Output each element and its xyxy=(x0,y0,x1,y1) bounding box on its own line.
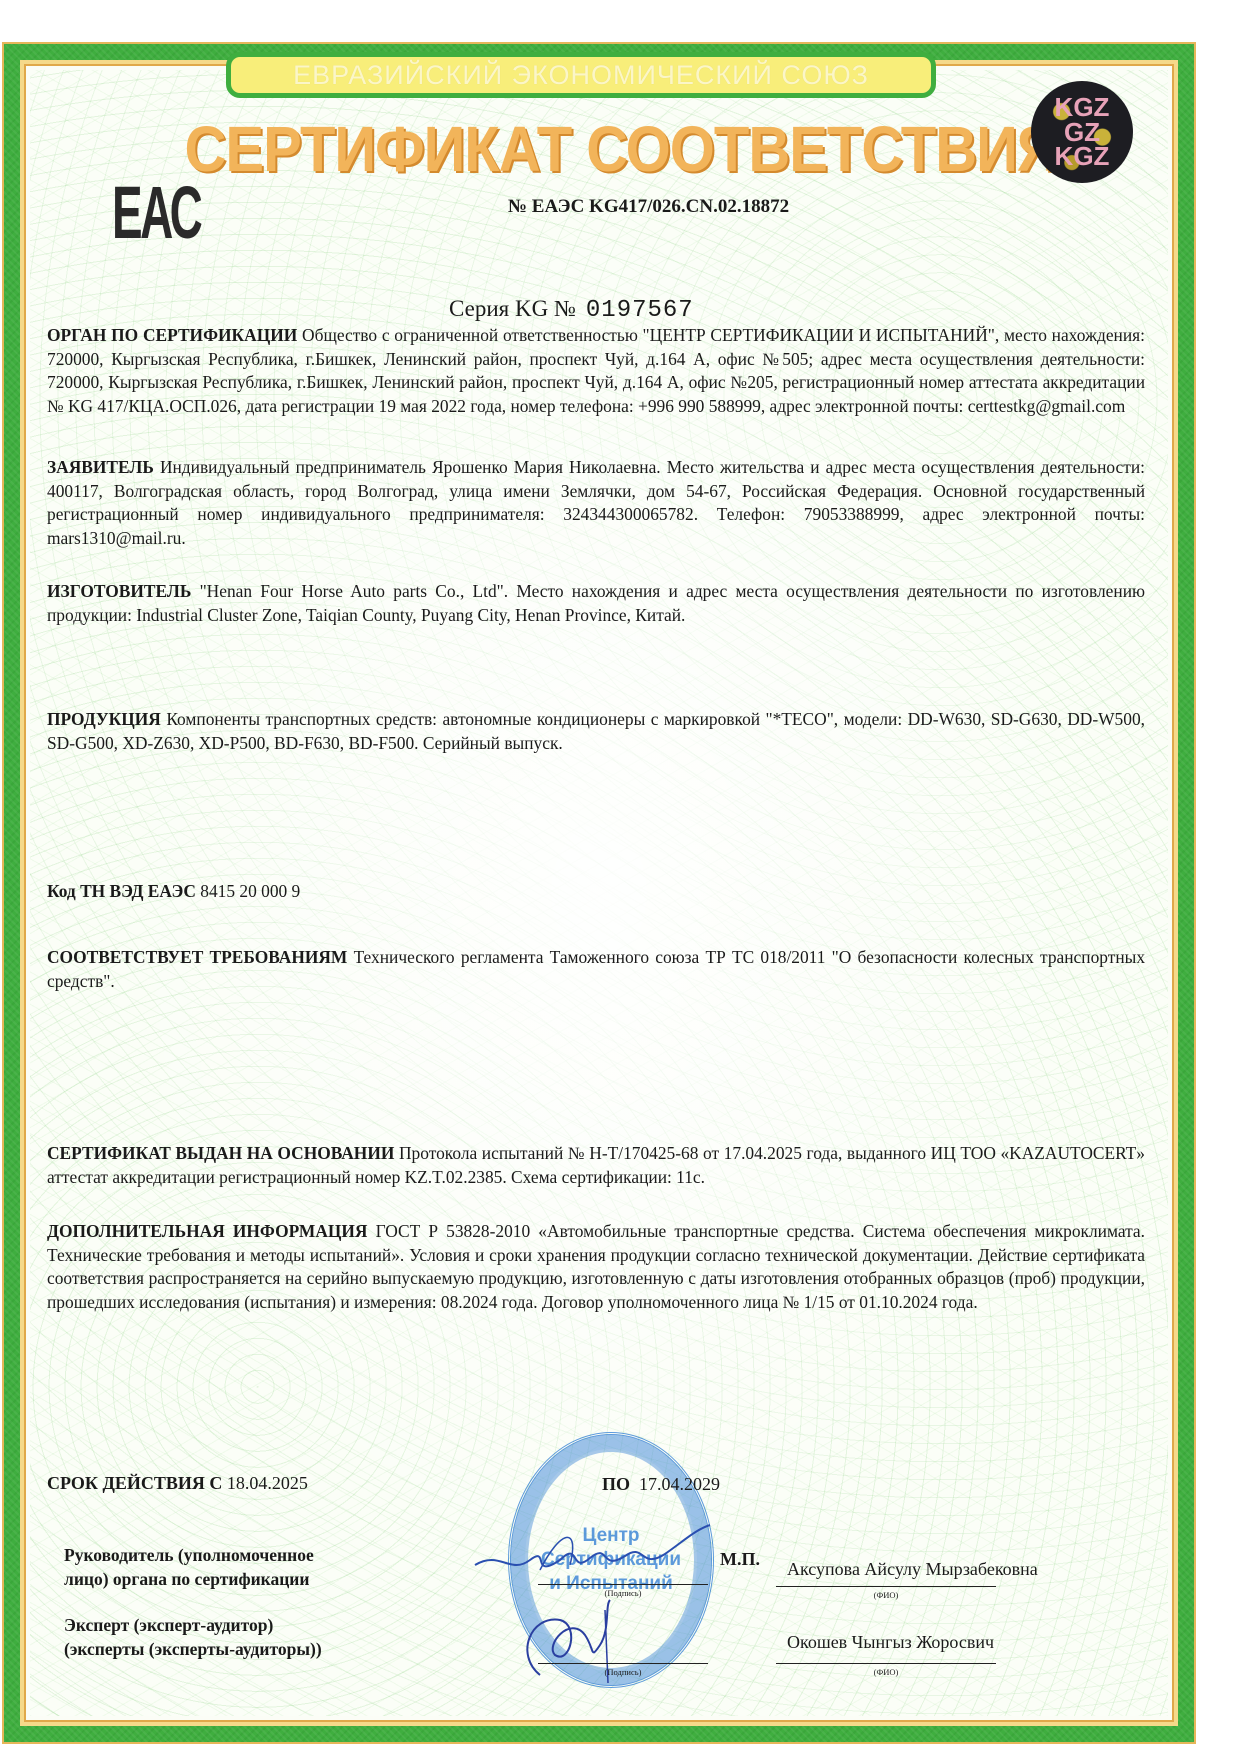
section-conformity: СООТВЕТСТВУЕТ ТРЕБОВАНИЯМ Технического р… xyxy=(47,946,1145,993)
signature-caption: (Подпись) xyxy=(538,1667,708,1677)
hologram-text: KGZ xyxy=(1055,144,1110,169)
section-label: СЕРТИФИКАТ ВЫДАН НА ОСНОВАНИИ xyxy=(47,1143,394,1163)
section-basis: СЕРТИФИКАТ ВЫДАН НА ОСНОВАНИИ Протокола … xyxy=(47,1142,1145,1189)
section-product: ПРОДУКЦИЯ Компоненты транспортных средст… xyxy=(47,708,1145,755)
section-text: "Henan Four Horse Auto parts Co., Ltd". … xyxy=(47,581,1145,625)
section-text: Компоненты транспортных средств: автоном… xyxy=(47,709,1145,753)
section-certification-body: ОРГАН ПО СЕРТИФИКАЦИИ Общество с огранич… xyxy=(47,324,1145,418)
hologram-text: KGZ xyxy=(1055,95,1110,120)
section-label: ОРГАН ПО СЕРТИФИКАЦИИ xyxy=(47,325,297,345)
union-banner: ЕВРАЗИЙСКИЙ ЭКОНОМИЧЕСКИЙ СОЮЗ xyxy=(226,52,936,98)
section-text: 8415 20 000 9 xyxy=(200,881,300,901)
section-manufacturer: ИЗГОТОВИТЕЛЬ "Henan Four Horse Auto part… xyxy=(47,580,1145,627)
head-signature-line xyxy=(538,1584,708,1585)
series-label: Серия KG № xyxy=(449,296,576,321)
name-caption: (ФИО) xyxy=(776,1667,996,1677)
section-label: ДОПОЛНИТЕЛЬНАЯ ИНФОРМАЦИЯ xyxy=(47,1221,368,1241)
validity-from-date: 18.04.2025 xyxy=(227,1473,308,1493)
section-label: ИЗГОТОВИТЕЛЬ xyxy=(47,581,191,601)
validity-from: СРОК ДЕЙСТВИЯ С 18.04.2025 xyxy=(47,1473,308,1494)
head-signature-icon xyxy=(470,1520,730,1590)
validity-to-date: 17.04.2029 xyxy=(639,1474,720,1494)
expert-label-line: Эксперт (эксперт-аудитор) xyxy=(64,1613,322,1637)
section-text: Индивидуальный предприниматель Ярошенко … xyxy=(47,457,1145,548)
section-additional-info: ДОПОЛНИТЕЛЬНАЯ ИНФОРМАЦИЯ ГОСТ Р 53828-2… xyxy=(47,1220,1145,1314)
section-label: СООТВЕТСТВУЕТ ТРЕБОВАНИЯМ xyxy=(47,947,347,967)
expert-label-line: (эксперты (эксперты-аудиторы)) xyxy=(64,1637,322,1661)
section-label: ЗАЯВИТЕЛЬ xyxy=(47,457,154,477)
hologram-sticker-icon: KGZ GZ KGZ xyxy=(1031,81,1133,183)
expert-name: Окошев Чынгыз Жоросвич xyxy=(787,1632,994,1653)
validity-to: ПО 17.04.2029 xyxy=(602,1474,720,1495)
section-applicant: ЗАЯВИТЕЛЬ Индивидуальный предприниматель… xyxy=(47,456,1145,550)
expert-name-line xyxy=(776,1663,996,1664)
eac-logo-icon: ЕАС xyxy=(112,176,200,250)
head-name-line xyxy=(776,1586,996,1587)
section-label: Код ТН ВЭД ЕАЭС xyxy=(47,881,196,901)
validity-from-label: СРОК ДЕЙСТВИЯ С xyxy=(47,1473,222,1493)
series-number: Серия KG №0197567 xyxy=(449,296,694,324)
head-name: Аксупова Айсулу Мырзабековна xyxy=(787,1559,1038,1580)
head-signatory-label: Руководитель (уполномоченное лицо) орган… xyxy=(64,1543,314,1591)
seal-mark: М.П. xyxy=(720,1549,760,1570)
series-value: 0197567 xyxy=(586,297,694,324)
expert-signatory-label: Эксперт (эксперт-аудитор) (эксперты (экс… xyxy=(64,1613,322,1661)
head-label-line: Руководитель (уполномоченное xyxy=(64,1543,314,1567)
expert-signature-line xyxy=(538,1663,708,1664)
head-label-line: лицо) органа по сертификации xyxy=(64,1567,314,1591)
union-banner-text: ЕВРАЗИЙСКИЙ ЭКОНОМИЧЕСКИЙ СОЮЗ xyxy=(293,60,869,91)
validity-to-label: ПО xyxy=(602,1474,630,1494)
section-hs-code: Код ТН ВЭД ЕАЭС 8415 20 000 9 xyxy=(47,880,1145,904)
section-label: ПРОДУКЦИЯ xyxy=(47,709,161,729)
name-caption: (ФИО) xyxy=(776,1590,996,1600)
